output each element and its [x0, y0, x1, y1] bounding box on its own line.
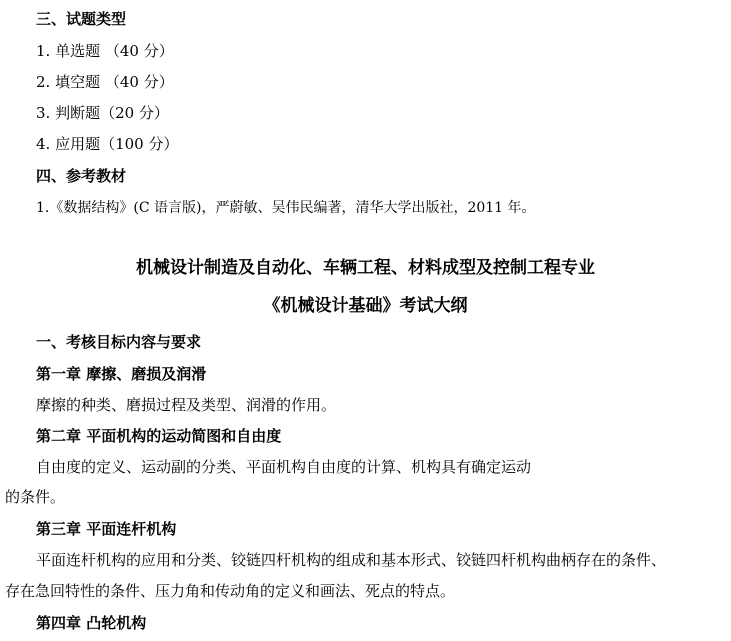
chapter-body: 摩擦的种类、磨损过程及类型、润滑的作用。 [36, 396, 336, 414]
document-title-course: 《机械设计基础》考试大纲 [0, 296, 731, 316]
chapter-body: 自由度的定义、运动副的分类、平面机构自由度的计算、机构具有确定运动 [36, 458, 531, 476]
section-heading-question-types: 三、试题类型 [36, 10, 126, 28]
chapter-body: 平面连杆机构的应用和分类、铰链四杆机构的组成和基本形式、铰链四杆机构曲柄存在的条… [36, 551, 666, 569]
section-heading-reference-textbooks: 四、参考教材 [36, 167, 126, 185]
list-item: 1. 单选题 （40 分） [36, 42, 174, 60]
chapter-heading: 第一章 摩擦、磨损及润滑 [36, 365, 206, 383]
document-page: 三、试题类型 1. 单选题 （40 分） 2. 填空题 （40 分） 3. 判断… [0, 0, 731, 641]
chapter-heading: 第二章 平面机构的运动简图和自由度 [36, 427, 281, 445]
list-item: 4. 应用题（100 分） [36, 135, 178, 153]
chapter-heading: 第三章 平面连杆机构 [36, 520, 176, 538]
section-heading-assessment-goals: 一、考核目标内容与要求 [36, 333, 201, 351]
chapter-body-continuation: 的条件。 [5, 488, 65, 506]
list-item: 3. 判断题（20 分） [36, 104, 169, 122]
reference-item: 1.《数据结构》(C 语言版)，严蔚敏、吴伟民编著，清华大学出版社，2011 年… [36, 199, 536, 217]
chapter-body-continuation: 存在急回特性的条件、压力角和传动角的定义和画法、死点的特点。 [5, 582, 455, 600]
list-item: 2. 填空题 （40 分） [36, 73, 174, 91]
document-title-majors: 机械设计制造及自动化、车辆工程、材料成型及控制工程专业 [0, 258, 731, 278]
chapter-heading: 第四章 凸轮机构 [36, 614, 146, 632]
